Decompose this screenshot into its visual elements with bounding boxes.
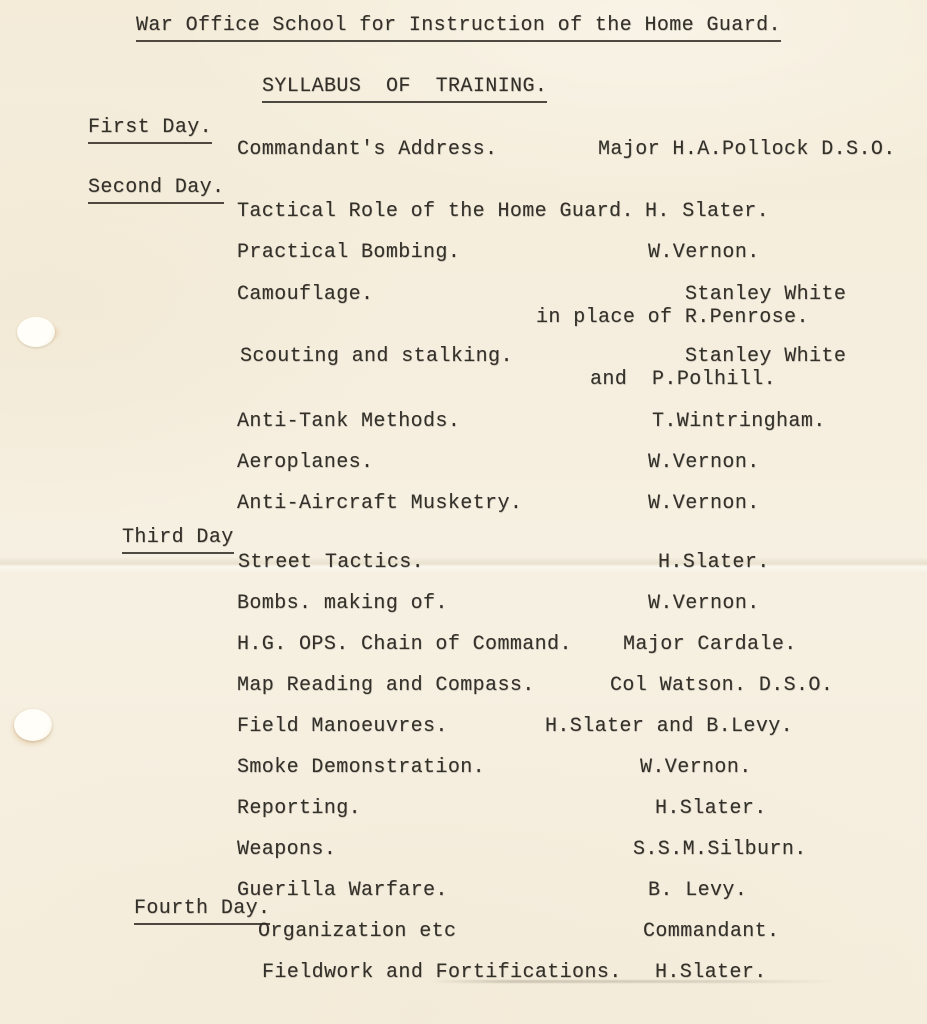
punch-hole-icon <box>14 709 52 741</box>
syllabus-topic: Field Manoeuvres. <box>237 716 448 738</box>
syllabus-topic: Reporting. <box>237 798 361 820</box>
syllabus-lecturer: T.Wintringham. <box>652 411 826 433</box>
syllabus-lecturer: S.S.M.Silburn. <box>633 839 807 861</box>
document-title: War Office School for Instruction of the… <box>136 15 781 42</box>
syllabus-lecturer: H.Slater. <box>655 962 767 984</box>
syllabus-topic: Organization etc <box>258 921 456 943</box>
syllabus-lecturer: Major H.A.Pollock D.S.O. <box>598 139 896 161</box>
syllabus-lecturer: H.Slater and B.Levy. <box>545 716 793 738</box>
syllabus-topic: Scouting and stalking. <box>240 346 513 368</box>
punch-hole-icon <box>17 317 55 347</box>
syllabus-topic: Commandant's Address. <box>237 139 497 161</box>
syllabus-topic: Weapons. <box>237 839 336 861</box>
syllabus-lecturer: W.Vernon. <box>640 757 752 779</box>
syllabus-topic: H.G. OPS. Chain of Command. <box>237 634 572 656</box>
syllabus-lecturer: H. Slater. <box>645 201 769 223</box>
section-heading-third-day: Third Day <box>122 527 234 554</box>
paper-crease <box>0 557 927 573</box>
syllabus-lecturer: H.Slater. <box>655 798 767 820</box>
syllabus-lecturer: Stanley White <box>685 284 846 306</box>
section-heading-second-day: Second Day. <box>88 177 224 204</box>
syllabus-lecturer: W.Vernon. <box>648 242 760 264</box>
section-heading-first-day: First Day. <box>88 117 212 144</box>
syllabus-lecturer: W.Vernon. <box>648 452 760 474</box>
syllabus-topic: Tactical Role of the Home Guard. <box>237 201 634 223</box>
syllabus-lecturer: W.Vernon. <box>648 593 760 615</box>
syllabus-topic: Bombs. making of. <box>237 593 448 615</box>
section-heading-fourth-day: Fourth Day. <box>134 898 270 925</box>
syllabus-topic: Camouflage. <box>237 284 373 306</box>
syllabus-topic: Practical Bombing. <box>237 242 460 264</box>
syllabus-lecturer: B. Levy. <box>648 880 747 902</box>
syllabus-lecturer: W.Vernon. <box>648 493 760 515</box>
syllabus-lecturer: Stanley White <box>685 346 846 368</box>
syllabus-topic: Anti-Tank Methods. <box>237 411 460 433</box>
syllabus-topic: Smoke Demonstration. <box>237 757 485 779</box>
syllabus-topic: Anti-Aircraft Musketry. <box>237 493 522 515</box>
syllabus-lecturer: Commandant. <box>643 921 779 943</box>
syllabus-lecturer: Major Cardale. <box>623 634 797 656</box>
syllabus-topic: Aeroplanes. <box>237 452 373 474</box>
syllabus-topic: Fieldwork and Fortifications. <box>262 962 622 984</box>
syllabus-topic: Street Tactics. <box>238 552 424 574</box>
syllabus-lecturer: Col Watson. D.S.O. <box>610 675 833 697</box>
document-subtitle: SYLLABUS OF TRAINING. <box>262 76 547 103</box>
syllabus-lecturer-note: and P.Polhill. <box>590 369 776 391</box>
syllabus-topic: Map Reading and Compass. <box>237 675 535 697</box>
syllabus-lecturer: H.Slater. <box>658 552 770 574</box>
syllabus-lecturer-note: in place of R.Penrose. <box>536 307 809 329</box>
